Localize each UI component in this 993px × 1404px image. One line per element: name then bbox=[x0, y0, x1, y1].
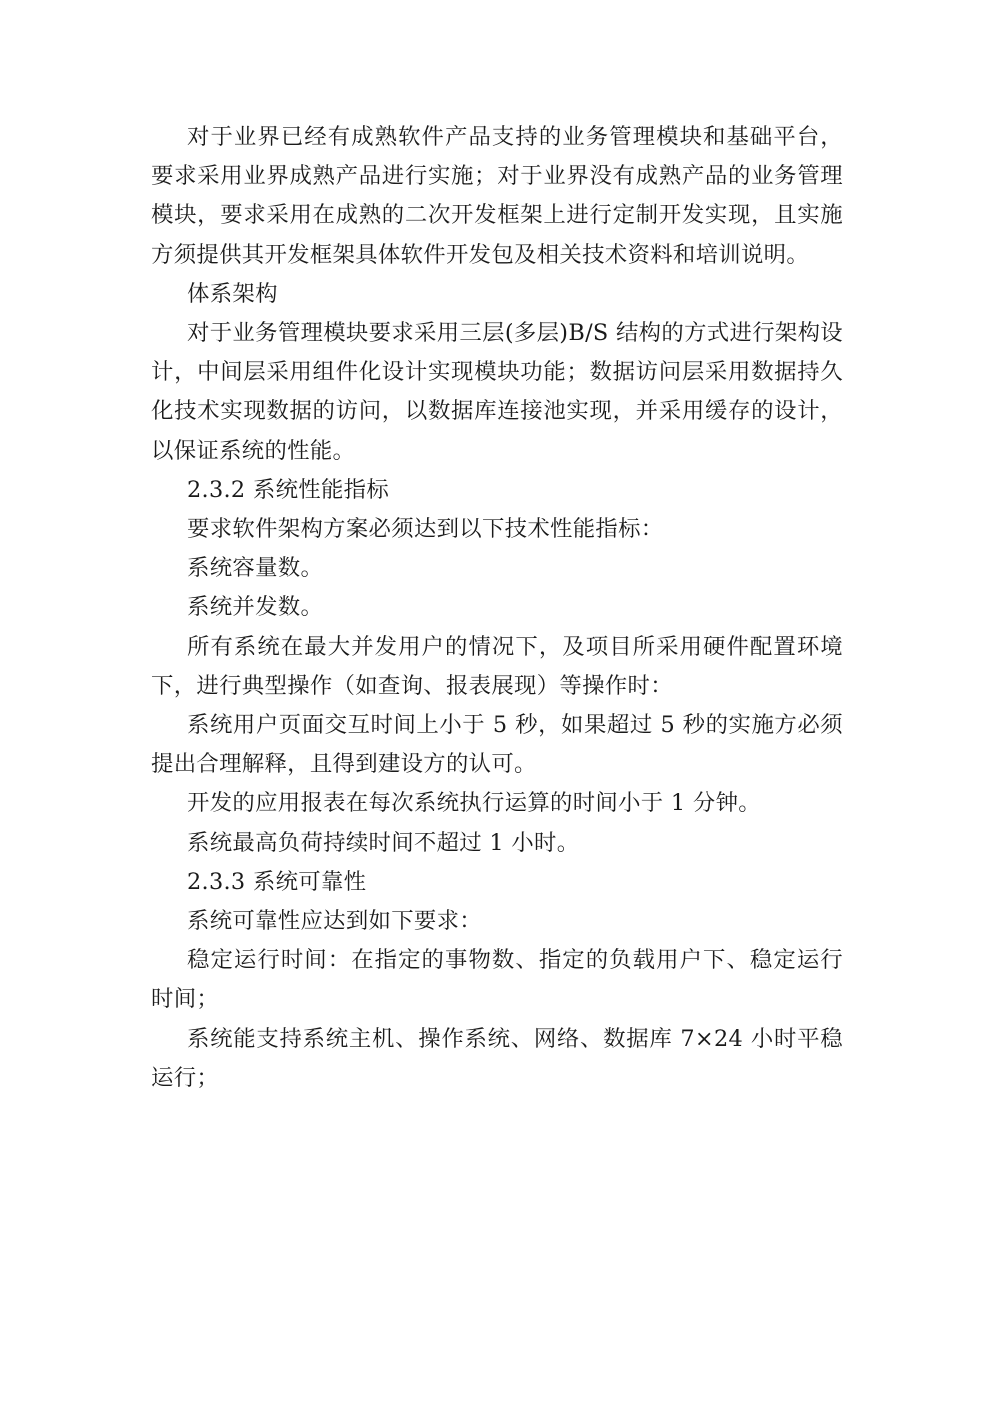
item-peak-load: 系统最高负荷持续时间不超过 1 小时。 bbox=[151, 824, 843, 863]
item-concurrency: 系统并发数。 bbox=[151, 588, 843, 627]
paragraph-architecture: 对于业务管理模块要求采用三层(多层)B/S 结构的方式进行架构设计，中间层采用组… bbox=[151, 314, 843, 471]
paragraph-mature-products: 对于业界已经有成熟软件产品支持的业务管理模块和基础平台，要求采用业界成熟产品进行… bbox=[151, 118, 843, 275]
item-stable-runtime: 稳定运行时间：在指定的事物数、指定的负载用户下、稳定运行时间； bbox=[151, 941, 843, 1019]
paragraph-reliability-intro: 系统可靠性应达到如下要求： bbox=[151, 902, 843, 941]
heading-performance: 2.3.2 系统性能指标 bbox=[151, 471, 843, 510]
item-response-time: 系统用户页面交互时间上小于 5 秒，如果超过 5 秒的实施方必须提出合理解释，且… bbox=[151, 706, 843, 784]
item-report-time: 开发的应用报表在每次系统执行运算的时间小于 1 分钟。 bbox=[151, 784, 843, 823]
item-capacity: 系统容量数。 bbox=[151, 549, 843, 588]
document-page: 对于业界已经有成熟软件产品支持的业务管理模块和基础平台，要求采用业界成熟产品进行… bbox=[151, 118, 843, 1098]
heading-architecture: 体系架构 bbox=[151, 275, 843, 314]
item-7x24: 系统能支持系统主机、操作系统、网络、数据库 7×24 小时平稳运行； bbox=[151, 1020, 843, 1098]
paragraph-performance-intro: 要求软件架构方案必须达到以下技术性能指标： bbox=[151, 510, 843, 549]
heading-reliability: 2.3.3 系统可靠性 bbox=[151, 863, 843, 902]
paragraph-operations: 所有系统在最大并发用户的情况下，及项目所采用硬件配置环境下，进行典型操作（如查询… bbox=[151, 628, 843, 706]
